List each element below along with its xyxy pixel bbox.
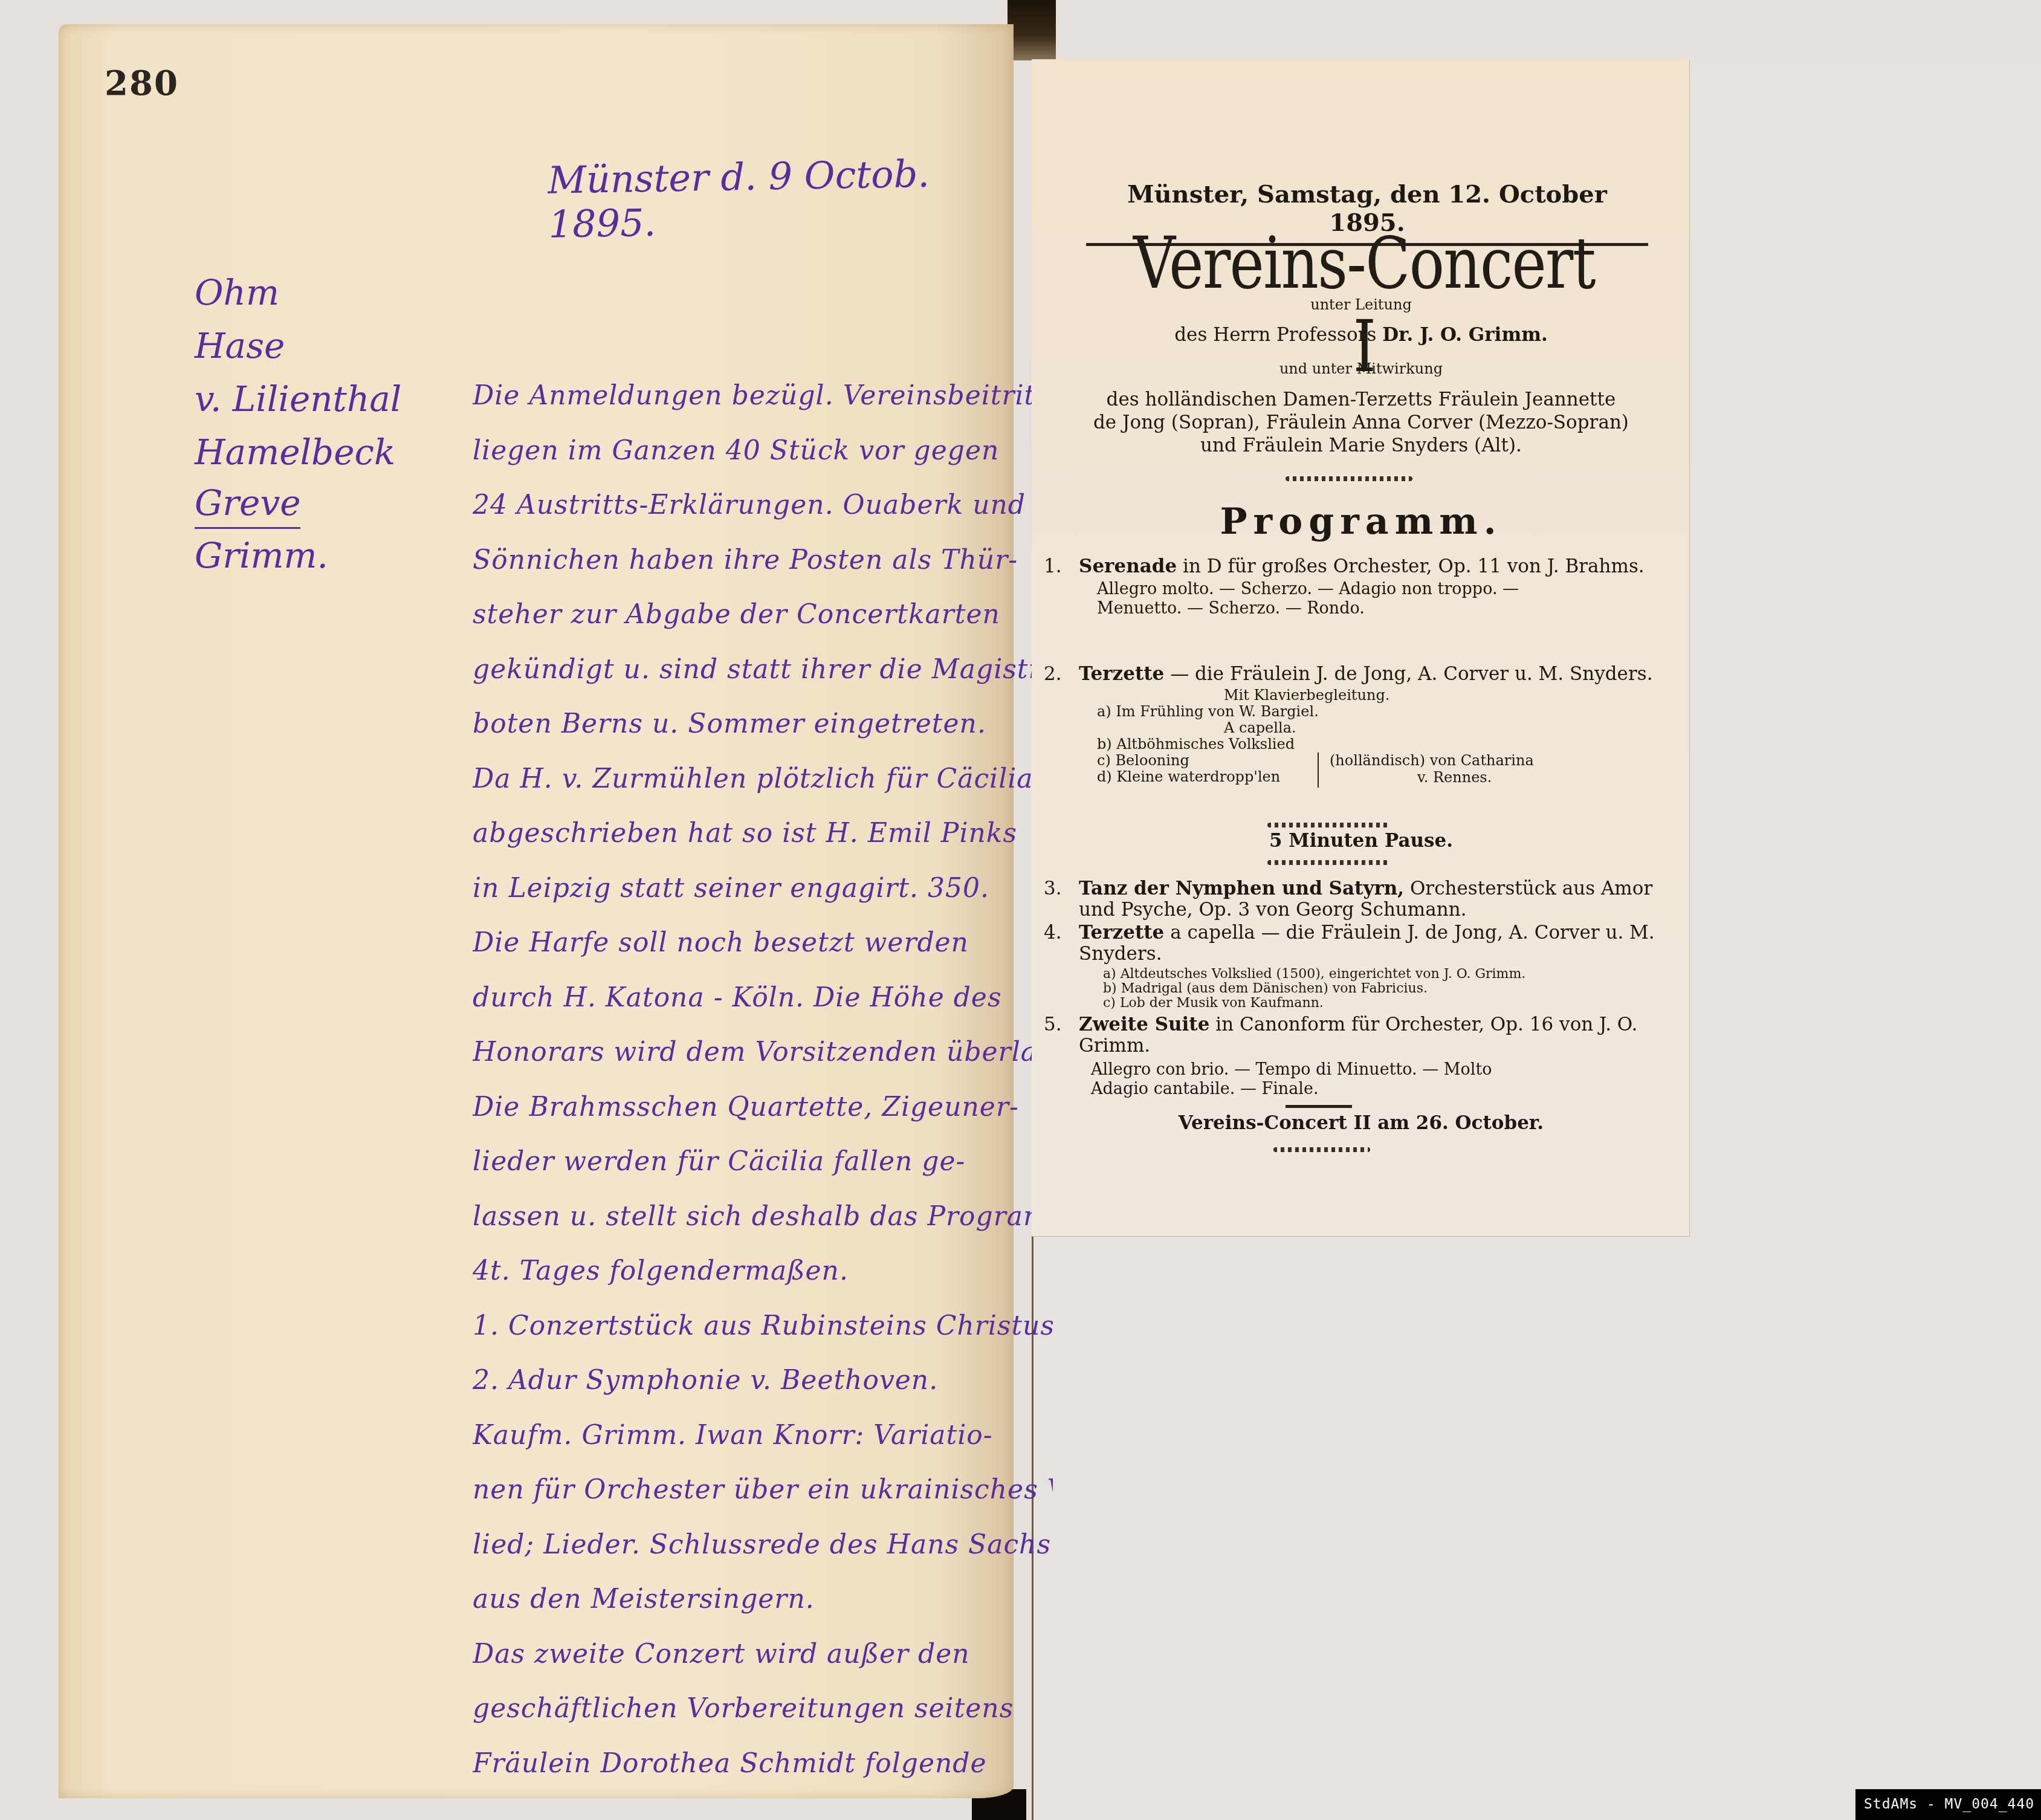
item-number: 4. (1044, 922, 1062, 944)
songs-cd-attribution: (holländisch) von Catharina (1330, 753, 1534, 769)
note-accompanied: Mit Klavierbegleitung. (1079, 687, 1678, 704)
conductor-prefix: des Herrn Professors (1174, 324, 1376, 346)
minutes-line: 4t. Tages folgendermaßen. (473, 1244, 1053, 1299)
song-c: c) Lob der Musik von Kaufmann. (1079, 996, 1678, 1011)
item-title: Serenade (1079, 555, 1177, 577)
under-direction-label: unter Leitung (1056, 296, 1666, 313)
song-b: b) Madrigal (aus dem Dänischen) von Fabr… (1079, 982, 1678, 996)
item-title: Zweite Suite (1079, 1014, 1209, 1035)
programme-item-4: 4. Terzette a capella — die Fräulein J. … (1044, 922, 1678, 1011)
minutes-line: Sönnichen haben ihre Posten als Thür- (473, 533, 1053, 588)
page-number: 280 (105, 63, 179, 103)
minutes-line: durch H. Katona - Köln. Die Höhe des (473, 971, 1053, 1026)
minutes-line: Honorars wird dem Vorsitzenden überlasse… (473, 1025, 1053, 1080)
attendee-list: Ohm Hase v. Lilienthal Hamelbeck Greve G… (195, 266, 394, 582)
minutes-line: Die Harfe soll noch besetzt werden (473, 916, 1053, 971)
ornament-divider (1286, 476, 1412, 481)
meeting-minutes: Die Anmeldungen bezügl. Vereinsbeitritt … (473, 369, 1053, 1791)
minutes-line: lassen u. stellt sich deshalb das Progra… (473, 1190, 1053, 1245)
attendee-name: Greve (195, 479, 300, 529)
minutes-line: 24 Austritts-Erklärungen. Ouaberk und (473, 478, 1053, 533)
performers-line: und Fräulein Marie Snyders (Alt). (1056, 435, 1666, 456)
item-text: a capella — die Fräulein J. de Jong, A. … (1079, 922, 1655, 965)
minutes-line: lied; Lieder. Schlussrede des Hans Sachs (473, 1518, 1053, 1573)
minutes-line: Fräulein Dorothea Schmidt folgende (473, 1737, 1053, 1792)
item-title: Terzette (1079, 922, 1164, 944)
conductor-line: des Herrn Professors Dr. J. O. Grimm. (1056, 324, 1666, 346)
programme-heading: Programm. (1056, 500, 1666, 543)
item-movements: Allegro con brio. — Tempo di Minuetto. —… (1079, 1060, 1514, 1099)
minutes-line: lieder werden für Cäcilia fallen ge- (473, 1135, 1053, 1190)
item-title: Tanz der Nymphen und Satyrn, (1079, 878, 1404, 899)
intermission: 5 Minuten Pause. (1056, 830, 1666, 852)
item-title: Terzette (1079, 663, 1164, 685)
short-rule (1286, 1105, 1352, 1108)
songs-cd-attribution-2: v. Rennes. (1417, 769, 1492, 786)
item-movements: Allegro molto. — Scherzo. — Adagio non t… (1079, 580, 1520, 618)
attendee-name: Hamelbeck (195, 426, 394, 479)
programme-item-1: 1. Serenade in D für großes Orchester, O… (1044, 556, 1678, 618)
minutes-line: liegen im Ganzen 40 Stück vor gegen (473, 424, 1053, 479)
minutes-line: nen für Orchester über ein ukrainisches … (473, 1463, 1053, 1518)
dutch-songs: c) Belooning d) Kleine waterdropp'len (h… (1079, 753, 1678, 789)
ledger-date-line: Münster d. 9 Octob. 1895. (548, 150, 1014, 246)
minutes-line: 2. Adur Symphonie v. Beethoven. (473, 1353, 1053, 1408)
minutes-line: boten Berns u. Sommer eingetreten. (473, 697, 1053, 752)
minutes-line: 1. Conzertstück aus Rubinsteins Christus (473, 1299, 1053, 1354)
minutes-line: Kaufm. Grimm. Iwan Knorr: Variatio- (473, 1408, 1053, 1463)
song-d: d) Kleine waterdropp'len (1097, 769, 1678, 785)
note-acapella: A capella. (1079, 720, 1678, 736)
minutes-line: in Leipzig statt seiner engagirt. 350. (473, 861, 1053, 916)
binding-gutter-top (1008, 0, 1056, 60)
programme-item-2: 2. Terzette — die Fräulein J. de Jong, A… (1044, 664, 1678, 789)
minutes-line: steher zur Abgabe der Concertkarten (473, 588, 1053, 643)
minutes-line: aus den Meistersingern. (473, 1572, 1053, 1627)
next-concert-notice: Vereins-Concert II am 26. October. (1056, 1112, 1666, 1134)
attendee-name: Grimm. (195, 529, 394, 582)
minutes-line: Da H. v. Zurmühlen plötzlich für Cäcilia (473, 752, 1053, 807)
minutes-line: gekündigt u. sind statt ihrer die Magist… (473, 643, 1053, 698)
concert-programme: Münster, Samstag, den 12. October 1895. … (1032, 59, 1689, 1236)
song-a: a) Altdeutsches Volkslied (1500), einger… (1079, 967, 1678, 982)
ornament-divider (1267, 823, 1388, 827)
item-number: 2. (1044, 664, 1062, 685)
brace-icon (1318, 753, 1324, 788)
programme-item-5: 5. Zweite Suite in Canonform für Orchest… (1044, 1014, 1678, 1099)
item-text: — die Fräulein J. de Jong, A. Corver u. … (1170, 663, 1652, 685)
attendee-name: Ohm (195, 266, 394, 319)
conductor-name: Dr. J. O. Grimm. (1382, 324, 1548, 346)
song-a: a) Im Frühling von W. Bargiel. (1079, 704, 1678, 720)
minutes-line: Das zweite Conzert wird außer den (473, 1627, 1053, 1682)
programme-item-3: 3. Tanz der Nymphen und Satyrn, Orcheste… (1044, 878, 1678, 921)
song-b: b) Altböhmisches Volkslied (1079, 736, 1678, 753)
item-number: 5. (1044, 1014, 1062, 1035)
performers-line: des holländischen Damen-Terzetts Fräulei… (1056, 389, 1666, 410)
cooperation-label: und unter Mitwirkung (1056, 360, 1666, 377)
minutes-line: abgeschrieben hat so ist H. Emil Pinks (473, 806, 1053, 861)
minutes-line: Die Brahmsschen Quartette, Zigeuner- (473, 1080, 1053, 1135)
item-number: 3. (1044, 878, 1062, 899)
ledger-page: 280 Münster d. 9 Octob. 1895. Ohm Hase v… (59, 24, 1014, 1798)
attendee-name: v. Lilienthal (195, 372, 394, 426)
performers-line: de Jong (Sopran), Fräulein Anna Corver (… (1056, 412, 1666, 433)
minutes-line: Die Anmeldungen bezügl. Vereinsbeitritt (473, 369, 1053, 424)
item-number: 1. (1044, 556, 1062, 577)
ornament-divider (1273, 1147, 1370, 1152)
minutes-line: geschäftlichen Vorbereitungen seitens (473, 1682, 1053, 1737)
item-text: in D für großes Orchester, Op. 11 von J.… (1183, 555, 1645, 577)
ornament-divider (1267, 860, 1388, 865)
archive-reference-label: StdAMs - MV_004_440 (1855, 1789, 2041, 1820)
attendee-name: Hase (195, 319, 394, 372)
